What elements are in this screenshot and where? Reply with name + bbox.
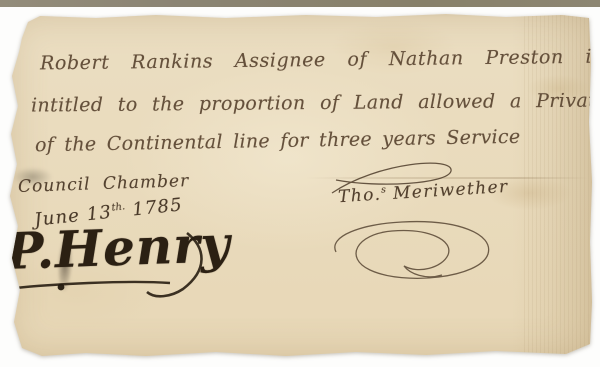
- photo-backdrop: Robert Rankins Assignee of Nathan Presto…: [0, 0, 600, 367]
- signature-p-henry: P.Henry: [5, 214, 231, 281]
- body-line-1: Robert Rankins Assignee of Nathan Presto…: [40, 46, 600, 75]
- date-ordinal-suffix: th.: [111, 201, 126, 213]
- countersignature-name: Meriwether: [392, 177, 509, 204]
- manuscript-paper-shadow: Robert Rankins Assignee of Nathan Presto…: [6, 12, 594, 360]
- body-line-2: intitled to the proportion of Land allow…: [31, 89, 600, 116]
- meriwether-paraph-flourish: [335, 222, 489, 279]
- scan-edge-band: [0, 0, 600, 7]
- countersignature-prefix: Tho.: [338, 185, 382, 208]
- manuscript-paper: Robert Rankins Assignee of Nathan Presto…: [6, 12, 594, 360]
- body-line-3: of the Continental line for three years …: [35, 126, 521, 156]
- fold-crease: [306, 177, 588, 179]
- countersignature-meriwether: Tho.sMeriwether: [338, 177, 510, 207]
- henry-underline-flourish: [6, 282, 170, 289]
- countersignature-superscript: s: [381, 184, 386, 195]
